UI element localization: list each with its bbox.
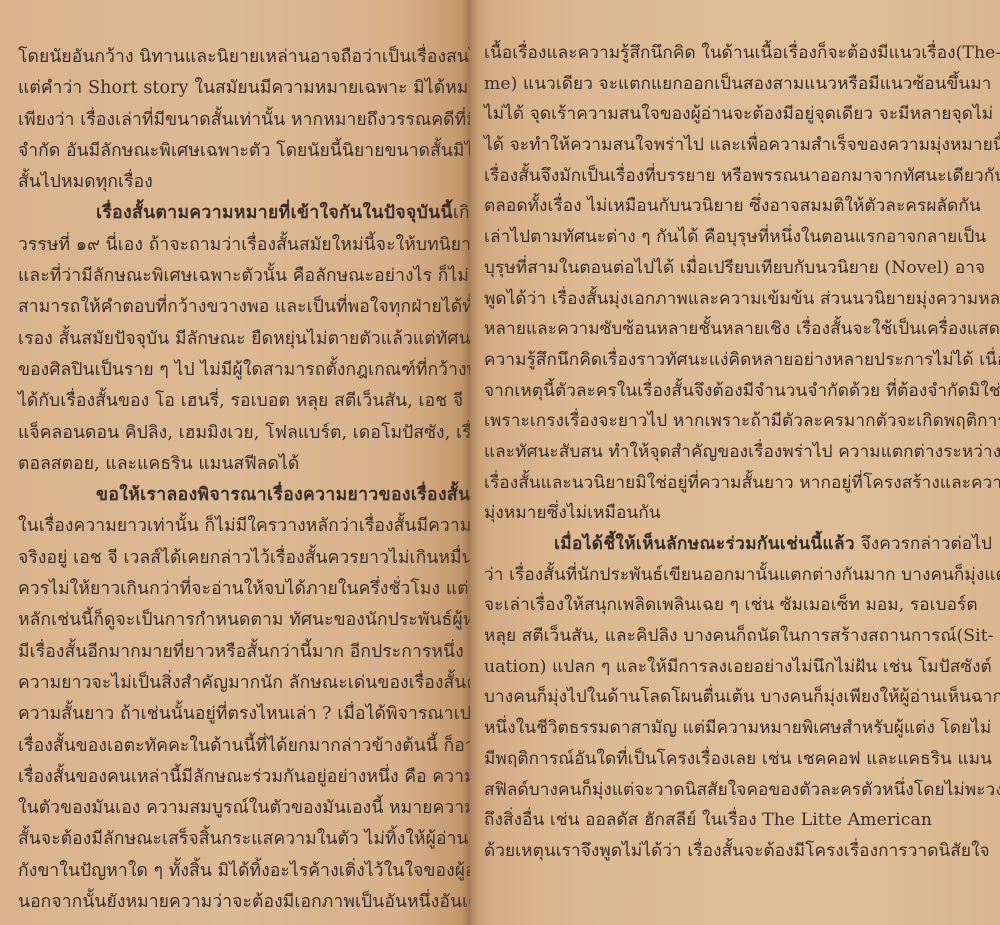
section-heading: ขอให้เราลองพิจารณาเรื่องความยาวของเรื่อง… bbox=[96, 485, 470, 505]
text-line: จะเล่าเรื่องให้สนุกเพลิดเพลินเฉย ๆ เช่น … bbox=[484, 590, 976, 621]
text-line: เรื่องสั้นของคนเหล่านี้มีลักษณะร่วมกันอย… bbox=[18, 762, 470, 793]
text-line: ตลอดทั้งเรื่อง ไม่เหมือนกับนวนิยาย ซึ่งอ… bbox=[484, 191, 976, 222]
text-line: นอกจากนั้นยังหมายความว่าจะต้องมีเอกภาพเป… bbox=[18, 887, 470, 918]
text-line: และที่ว่ามีลักษณะพิเศษเฉพาะตัวนั้น คือลั… bbox=[18, 261, 470, 292]
text-line: ตอลสตอย, และแคธริน แมนสฟีลดได้ bbox=[18, 449, 470, 480]
text-line: ในเรื่องความยาวเท่านั้น ก็ไม่มีใครวางหลั… bbox=[18, 511, 470, 542]
text-line: มุ่งหมายซึ่งไม่เหมือนกัน bbox=[484, 498, 976, 529]
text-line: ไม่ได้ จุดเร้าความสนใจของผู้อ่านจะต้องมี… bbox=[484, 99, 976, 130]
text-line: เรอง สั้นสมัยปัจจุบัน มีลักษณะ ยืดหยุ่นไ… bbox=[18, 324, 470, 355]
section-heading-line: เรื่องสั้นตามความหมายที่เข้าใจกันในปัจจุ… bbox=[18, 198, 470, 229]
text-line: พูดได้ว่า เรื่องสั้นมุ่งเอกภาพและความเข้… bbox=[484, 284, 976, 315]
text-line: เรื่องสั้นของเอตะทัคคะในด้านนี้ที่ได้ยกม… bbox=[18, 731, 470, 762]
section-heading-line: ขอให้เราลองพิจารณาเรื่องความยาวของเรื่อง… bbox=[18, 480, 470, 511]
text-line: สั้นจะต้องมีลักษณะเสร็จสิ้นกระแสความในตั… bbox=[18, 824, 470, 855]
text-line: บุรุษที่สามในตอนต่อไปได้ เมื่อเปรียบเทีย… bbox=[484, 253, 976, 284]
left-page: โดยนัยอันกว้าง นิทานและนิยายเหล่านอาจถือ… bbox=[0, 0, 470, 925]
text-line: สฟิลด์บางคนก็มุ่งแต่จะวาดนิสสัยใจคอของตั… bbox=[484, 775, 976, 806]
heading-continuation: จึงควรกล่าวต่อไป bbox=[855, 534, 992, 554]
book-spread: โดยนัยอันกว้าง นิทานและนิยายเหล่านอาจถือ… bbox=[0, 0, 1000, 925]
text-line: เนื้อเรื่องและความรู้สึกนึกคิด ในด้านเนื… bbox=[484, 38, 976, 69]
text-line: ควรไม่ให้ยาวเกินกว่าที่จะอ่านให้จบได้ภาย… bbox=[18, 574, 470, 605]
text-line: จากเหตุนี้ตัวละครในเรื่องสั้นจึงต้องมีจำ… bbox=[484, 376, 976, 407]
text-line: ความสั้นยาว ถ้าเช่นนั้นอยู่ที่ตรงไหนเล่า… bbox=[18, 699, 470, 730]
section-heading: เมื่อได้ชี้ให้เห็นลักษณะร่วมกันเช่นนี้แล… bbox=[554, 534, 855, 554]
text-line: มีเรื่องสั้นอีกมากมายที่ยาวหรือสั้นกว่าน… bbox=[18, 637, 470, 668]
text-line: ได้ จะทำให้ความสนใจพร่าไป และเพื่อความสำ… bbox=[484, 130, 976, 161]
text-line: โดยนัยอันกว้าง นิทานและนิยายเหล่านอาจถือ… bbox=[18, 42, 470, 73]
text-line: เพราะเกรงเรื่องจะยาวไป หากเพราะถ้ามีตัวล… bbox=[484, 406, 976, 437]
text-line: หลุย สตีเว็นสัน, และคิปลิง บางคนก็ถนัดใน… bbox=[484, 621, 976, 652]
text-line: ของศิลปินเป็นราย ๆ ไป ไม่มีผู้ใดสามารถตั… bbox=[18, 355, 470, 386]
text-line: ความรู้สึกนึกคิดเรื่องราวทัศนะแง่คิดหลาย… bbox=[484, 345, 976, 376]
text-line: มีพฤติการณ์อันใดที่เป็นโครงเรื่องเลย เช่… bbox=[484, 744, 976, 775]
text-line: จริงอยู่ เอช จี เวลส์ได้เคยกล่าวไว้เรื่อ… bbox=[18, 543, 470, 574]
text-line: กังขาในปัญหาใด ๆ ทั้งสิ้น มิได้ทิ้งอะไรค… bbox=[18, 856, 470, 887]
text-line: ความยาวจะไม่เป็นสิ่งสำคัญมากนัก ลักษณะเด… bbox=[18, 668, 470, 699]
heading-continuation: เกิดขนในศต bbox=[453, 203, 470, 223]
text-line: เรื่องสั้นจึงมักเป็นเรื่องที่บรรยาย หรือ… bbox=[484, 161, 976, 192]
text-line: จำกัด อันมีลักษณะพิเศษเฉพาะตัว โดยนัยนี้… bbox=[18, 136, 470, 167]
right-page: เนื้อเรื่องและความรู้สึกนึกคิด ในด้านเนื… bbox=[470, 0, 1000, 925]
text-line: แต่คำว่า Short story ในสมัยนมีความหมายเฉ… bbox=[18, 73, 470, 104]
text-line: me) แนวเดียว จะแตกแยกออกเป็นสองสามแนวหรื… bbox=[484, 69, 976, 100]
text-line: เล่าไปตามทัศนะต่าง ๆ กันได้ คือบุรุษที่ห… bbox=[484, 222, 976, 253]
text-line: แจ็คลอนดอน คิปลิง, เฮมมิงเวย, โฟลแบร์ต, … bbox=[18, 418, 470, 449]
text-line: และทัศนะสับสน ทำให้จุดสำคัญของเรื่องพร่า… bbox=[484, 437, 976, 468]
section-heading: เรื่องสั้นตามความหมายที่เข้าใจกันในปัจจุ… bbox=[96, 203, 453, 223]
text-line: เรื่องสั้นและนวนิยายมิใช่อยู่ที่ความสั้น… bbox=[484, 468, 976, 499]
text-line: ถึงสิ่งอื่น เช่น ออลดัส ฮักสลีย์ ในเรื่อ… bbox=[484, 805, 976, 836]
text-line: สามารถให้คำตอบที่กว้างขวางพอ และเป็นที่พ… bbox=[18, 292, 470, 323]
text-line: uation) แปลก ๆ และให้มีการลงเอยอย่างไม่น… bbox=[484, 652, 976, 683]
section-heading-line: เมื่อได้ชี้ให้เห็นลักษณะร่วมกันเช่นนี้แล… bbox=[484, 529, 976, 560]
text-line: เพียงว่า เรื่องเล่าที่มีขนาดสั้นเท่านั้น… bbox=[18, 105, 470, 136]
text-line: ว่า เรื่องสั้นที่นักประพันธ์เขียนออกมานั… bbox=[484, 560, 976, 591]
text-line: บางคนก็มุ่งไปในด้านโลดโผนตื่นเต้น บางคนก… bbox=[484, 682, 976, 713]
text-line: ได้กับเรื่องสั้นของ โอ เฮนรี่, รอเบอต หล… bbox=[18, 386, 470, 417]
text-line: หลักเช่นนี้ก็ดูจะเป็นการกำหนดตาม ทัศนะขอ… bbox=[18, 605, 470, 636]
text-line: สั้นไปหมดทุกเรื่อง bbox=[18, 167, 470, 198]
text-line: หลายและความซับซ้อนหลายชั้นหลายเชิง เรื่อ… bbox=[484, 314, 976, 345]
text-line: ด้วยเหตุนเราจึงพูดไม่ได้ว่า เรื่องสั้นจะ… bbox=[484, 836, 976, 867]
text-line: ในตัวของมันเอง ความสมบูรณ์ในตัวของมันเอง… bbox=[18, 793, 470, 824]
text-line: วรรษที่ ๑๙ นี่เอง ถ้าจะถามว่าเรื่องสั้นส… bbox=[18, 230, 470, 261]
text-line: หนึ่งในชีวิตธรรมดาสามัญ แต่มีความหมายพิเ… bbox=[484, 713, 976, 744]
